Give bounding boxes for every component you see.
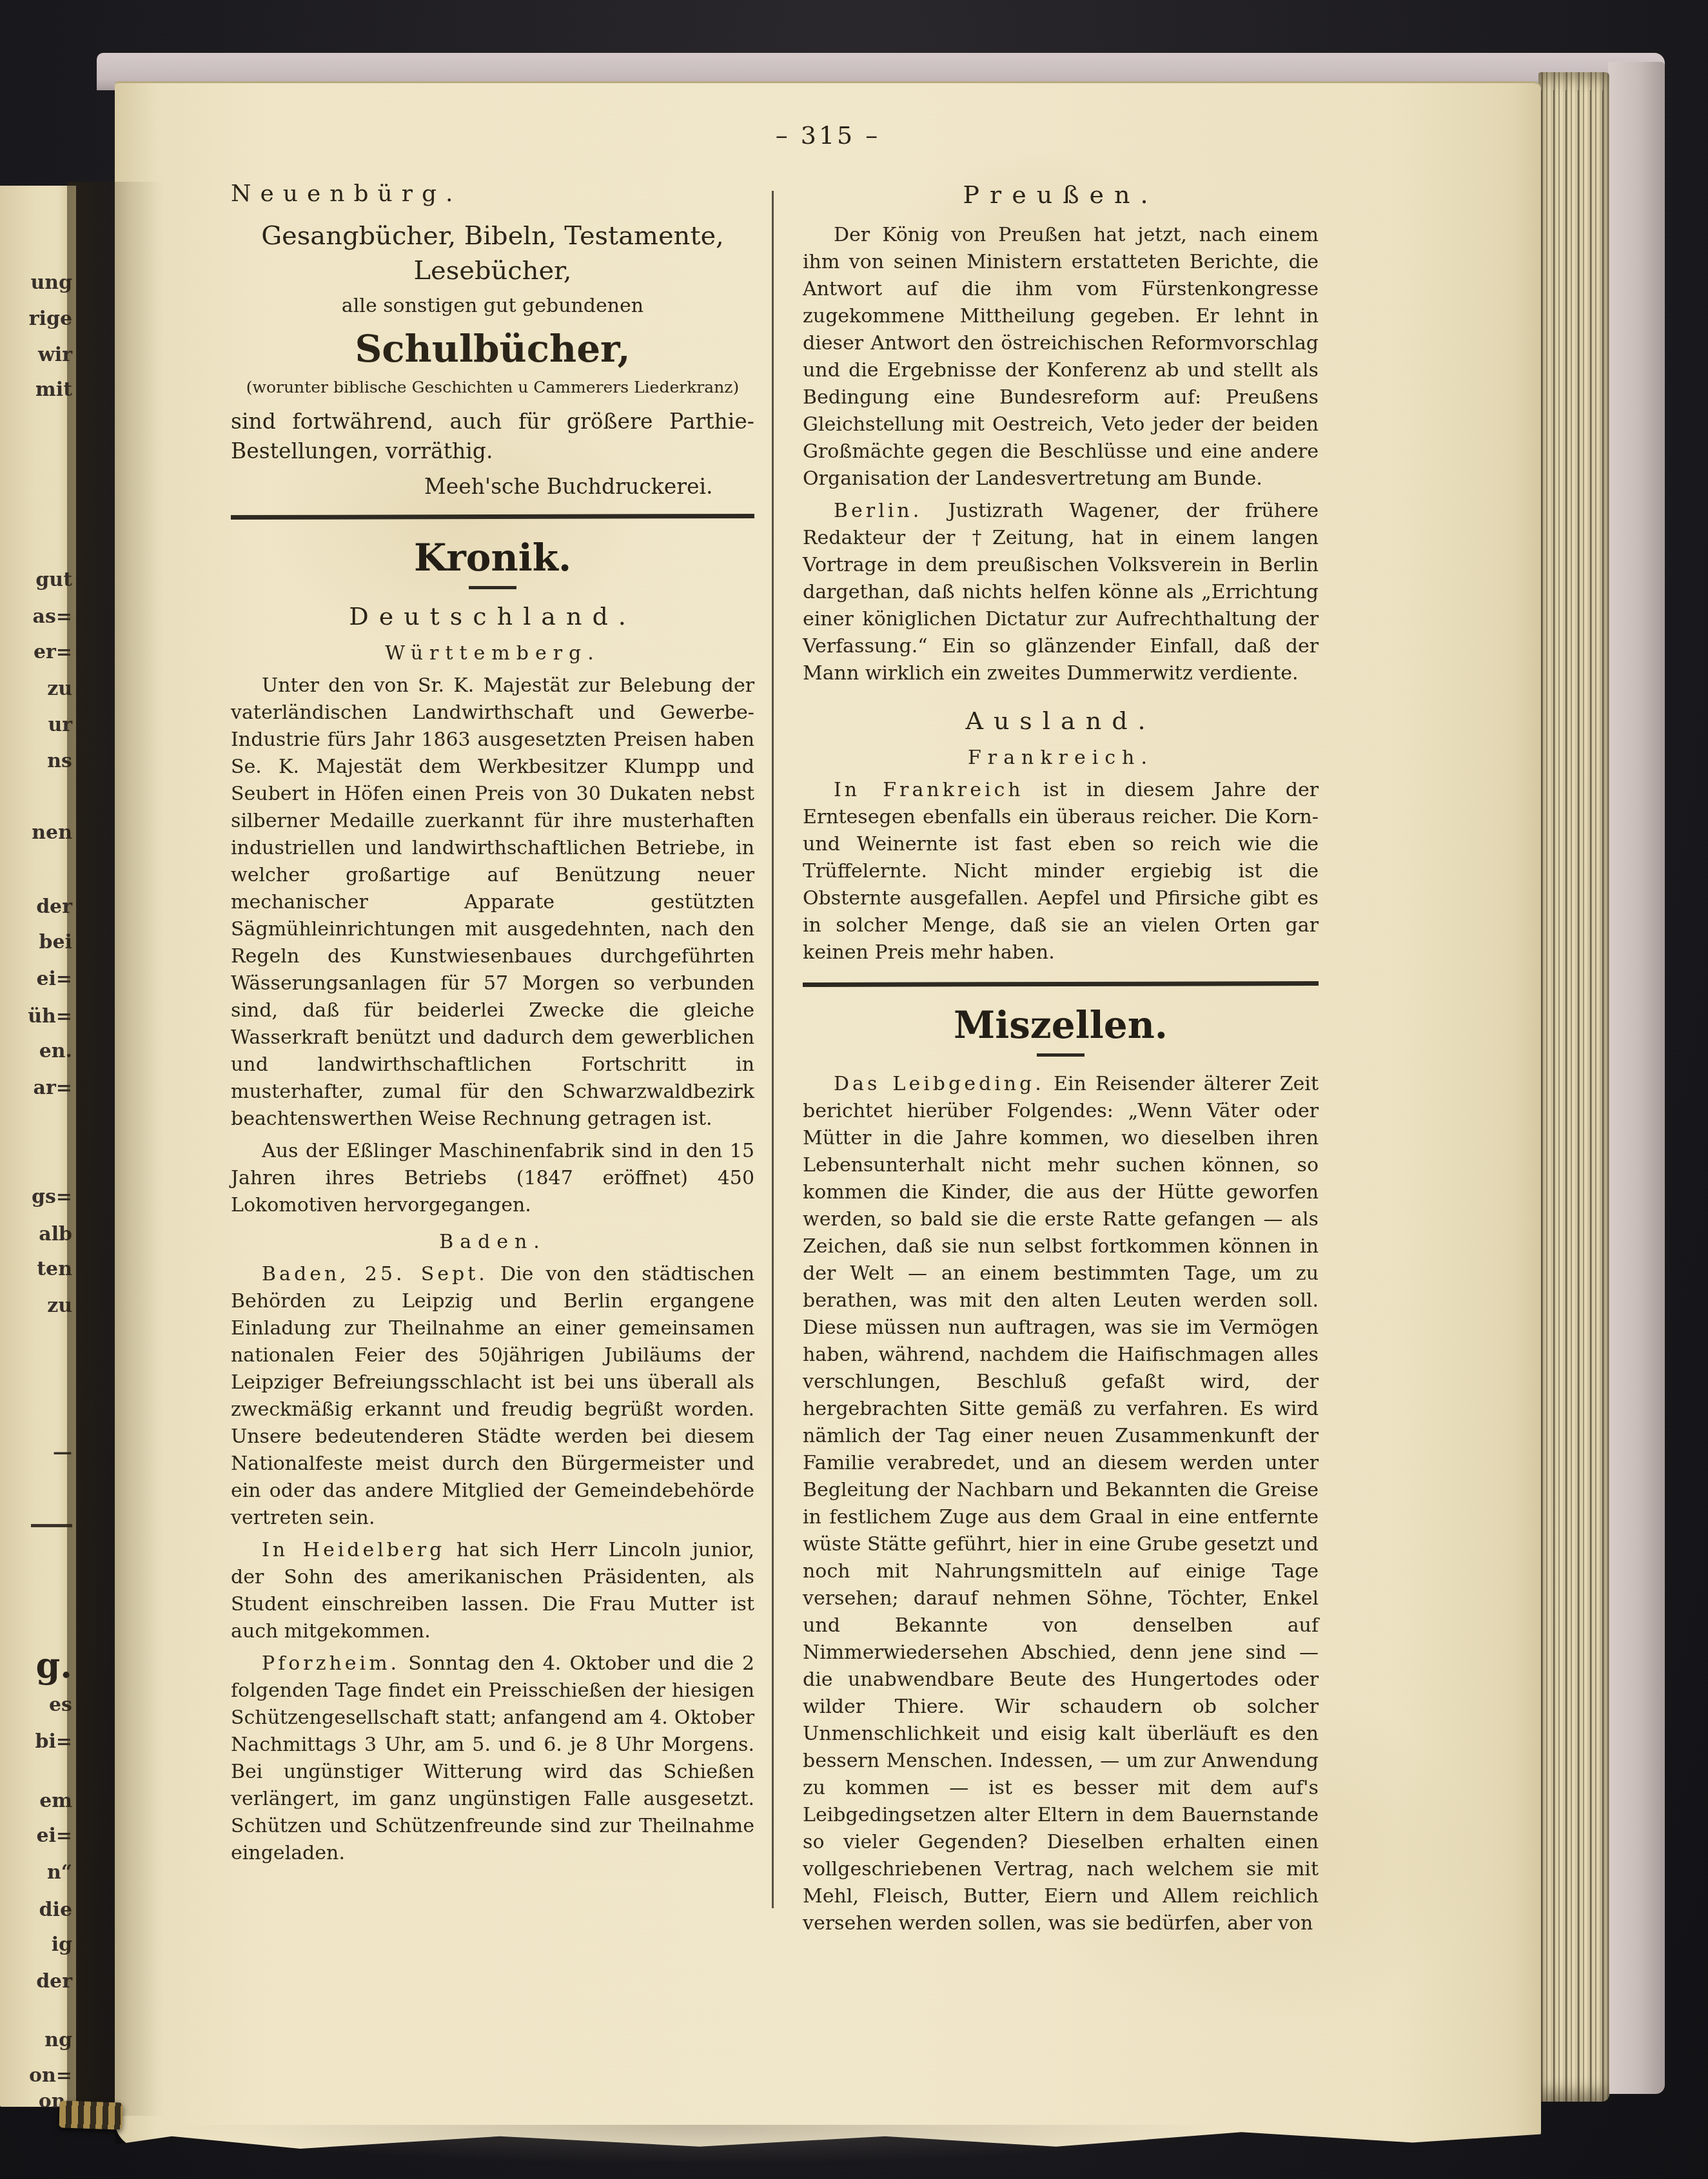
left-column: Neuenbürg. Gesangbücher, Bibeln, Testame… — [231, 181, 754, 1867]
baden-dateline: Baden, 25. Sept. — [262, 1263, 488, 1285]
margin-fragment: — — [0, 1441, 75, 1463]
column-divider-rule — [772, 191, 774, 1908]
ad-parenthetical-note: (worunter biblische Geschichten u Cammer… — [231, 377, 754, 398]
berlin-paragraph-text: Justizrath Wagener, der frühere Redakteu… — [803, 500, 1319, 685]
margin-fragment: ns — [0, 750, 75, 772]
leibgeding-lead: Das Leibgeding. — [834, 1073, 1045, 1095]
book-scan-scene: ungrigewirmitgutas=er=zuurnsnenderbeiei=… — [0, 0, 1708, 2179]
margin-fragment: gut — [0, 569, 75, 591]
heidelberg-paragraph: In Heidelberg hat sich Herr Lincoln juni… — [231, 1537, 754, 1645]
margin-fragment: mit — [0, 379, 75, 401]
leibgeding-paragraph: Das Leibgeding. Ein Reisender älterer Ze… — [803, 1071, 1319, 1937]
margin-fragment: em — [0, 1790, 75, 1812]
miszellen-rule — [803, 981, 1319, 987]
ad-line-books: Gesangbücher, Bibeln, Testamente, — [231, 219, 754, 253]
margin-fragment: üh= — [0, 1006, 75, 1028]
section-rule — [231, 514, 754, 520]
miszellen-underline — [1037, 1053, 1085, 1057]
deutschland-heading: Deutschland. — [231, 602, 754, 630]
page-stack-fore-edge — [1538, 72, 1609, 2102]
ad-location-heading: Neuenbürg. — [231, 181, 754, 207]
spine-headband — [59, 2100, 123, 2129]
pforzheim-dateline: Pforzheim. — [262, 1652, 400, 1675]
preussen-heading: Preußen. — [803, 181, 1319, 209]
ad-main-title: Schulbücher, — [231, 327, 754, 371]
margin-fragment — [31, 1524, 72, 1527]
margin-fragment: n“ — [0, 1862, 75, 1884]
frankreich-lead: In Frankreich — [834, 779, 1024, 801]
margin-fragment: die — [0, 1899, 75, 1921]
margin-fragment: zu — [0, 678, 75, 700]
frankreich-heading: Frankreich. — [803, 747, 1319, 769]
baden-paragraph: Baden, 25. Sept. Die von den städtischen… — [231, 1261, 754, 1532]
baden-paragraph-text: Die von den städtischen Behörden zu Leip… — [231, 1263, 754, 1529]
facing-page-gutter-strip: ungrigewirmitgutas=er=zuurnsnenderbeiei=… — [0, 186, 76, 2107]
ad-line-binding: alle sonstigen gut gebundenen — [231, 293, 754, 319]
baden-heading: Baden. — [231, 1231, 754, 1253]
berlin-dateline: Berlin. — [834, 500, 922, 522]
heidelberg-dateline: In Heidelberg — [262, 1539, 445, 1561]
margin-fragment: rige — [0, 308, 75, 330]
book-cover-right-edge — [1608, 62, 1665, 2094]
margin-fragment: ei= — [0, 1825, 75, 1847]
kronik-title: Kronik. — [231, 536, 754, 580]
margin-fragment: as= — [0, 606, 75, 628]
frankreich-paragraph: In Frankreich ist in diesem Jahre der Er… — [803, 777, 1319, 966]
ad-line-readers: Lesebücher, — [231, 253, 754, 288]
margin-fragment: ung — [0, 272, 75, 294]
margin-fragment: der — [0, 896, 75, 918]
margin-fragment: ten — [0, 1258, 75, 1280]
preussen-paragraph: Der König von Preußen hat jetzt, nach ei… — [803, 222, 1319, 493]
kronik-underline — [469, 586, 516, 589]
wuerttemberg-paragraph: Unter den von Sr. K. Majestät zur Belebu… — [231, 672, 754, 1133]
margin-fragment: gs= — [0, 1186, 75, 1208]
ad-body-text: sind fortwährend, auch für größere Parth… — [231, 407, 754, 466]
margin-fragment: ng — [0, 2029, 75, 2051]
margin-fragment: g. — [0, 1649, 75, 1681]
margin-fragment: bei — [0, 932, 75, 953]
leibgeding-paragraph-text: Ein Reisender älterer Zeit berichtet hie… — [803, 1073, 1319, 1935]
berlin-paragraph: Berlin. Justizrath Wagener, der frühere … — [803, 498, 1319, 687]
page-bottom-shadow — [142, 2125, 1535, 2176]
margin-fragment: ig — [0, 1934, 75, 1956]
margin-fragment: alb — [0, 1224, 75, 1246]
margin-fragment: wir — [0, 344, 75, 366]
margin-fragment: der — [0, 1971, 75, 1993]
margin-fragment: ur — [0, 714, 75, 736]
wuerttemberg-heading: Württemberg. — [231, 642, 754, 665]
margin-fragment: es — [0, 1694, 75, 1716]
margin-fragment: ar= — [0, 1077, 75, 1099]
right-column: Preußen. Der König von Preußen hat jetzt… — [803, 181, 1319, 1937]
ausland-heading: Ausland. — [803, 707, 1319, 735]
margin-fragment: bi= — [0, 1731, 75, 1753]
pforzheim-paragraph: Pforzheim. Sonntag den 4. Oktober und di… — [231, 1650, 754, 1867]
margin-fragment: er= — [0, 641, 75, 663]
margin-fragment: en. — [0, 1041, 75, 1062]
margin-fragment: ei= — [0, 968, 75, 990]
page-number: – 315 – — [115, 121, 1541, 150]
frankreich-paragraph-text: ist in diesem Jahre der Erntesegen ebenf… — [803, 779, 1319, 964]
margin-fragment: nen — [0, 822, 75, 844]
miszellen-title: Miszellen. — [803, 1003, 1319, 1047]
ad-signature: Meeh'sche Buchdruckerei. — [231, 474, 754, 499]
margin-fragment: on= — [0, 2065, 75, 2087]
margin-fragment: zu — [0, 1295, 75, 1317]
pforzheim-paragraph-text: Sonntag den 4. Oktober und die 2 folgend… — [231, 1652, 754, 1864]
esslingen-paragraph: Aus der Eßlinger Maschinenfabrik sind in… — [231, 1138, 754, 1219]
